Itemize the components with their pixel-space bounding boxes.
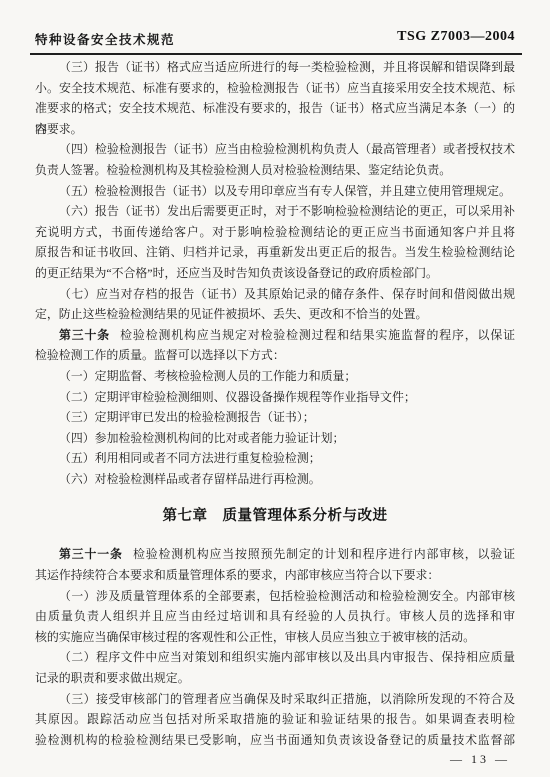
text-line: （一）定期监督、考核检验检测人员的工作能力和质量； bbox=[35, 366, 515, 387]
text-line: （七）应当对存档的报告（证书）及其原始记录的储存条件、保存时间和借阅做出规 bbox=[35, 284, 515, 305]
text-line: （四）检验检测报告（证书）应当由检验检测机构负责人（最高管理者）或者授权技术 bbox=[35, 139, 515, 160]
text-line: （五）检验检测报告（证书）以及专用印章应当有专人保管，并且建立使用管理规定。 bbox=[35, 181, 515, 202]
text-line: 验检测机构的检验检测结果已受影响，应当书面通知负责该设备登记的质量技术监督部 bbox=[35, 730, 515, 751]
text-line: （四）参加检验检测机构间的比对或者能力验证计划； bbox=[35, 428, 515, 449]
text-line: 充说明方式，书面传递给客户。对于影响检验检测结论的更正应当书面通知客户并且将 bbox=[35, 222, 515, 243]
header-spec-title: 特种设备安全技术规范 bbox=[35, 30, 175, 48]
text-line: 核的实施应当确保审核过程的客观性和公正性，审核人员应当独立于被审核的活动。 bbox=[35, 627, 515, 648]
text-line: 第三十条检验检测机构应当规定对检验检测过程和结果实施监督的程序，以保证 bbox=[35, 325, 515, 346]
text-line: 定，防止这些检验检测结果的见证件被损坏、丢失、更改和不恰当的处置。 bbox=[35, 304, 515, 325]
header-rule bbox=[30, 53, 522, 55]
text-line: （一）涉及质量管理体系的全部要素，包括检验检测活动和检验检测安全。内部审核 bbox=[35, 586, 515, 607]
text-line: 第三十一条检验检测机构应当按照预先制定的计划和程序进行内部审核，以验证 bbox=[35, 544, 515, 565]
text-line: （三）报告（证书）格式应当适应所进行的每一类检验检测，并且将误解和错误降到最 bbox=[35, 57, 515, 78]
document-body: （三）报告（证书）格式应当适应所进行的每一类检验检测，并且将误解和错误降到最小。… bbox=[35, 57, 515, 750]
text-line: （二）程序文件中应当对策划和组织实施内部审核以及出具内审报告、保持相应质量 bbox=[35, 647, 515, 668]
text-line: （五）利用相同或者不同方法进行重复检验检测； bbox=[35, 448, 515, 469]
text-line: （三）定期评审已发出的检验检测报告（证书）； bbox=[35, 407, 515, 428]
text-line: 记录的职责和要求做出规定。 bbox=[35, 668, 515, 689]
text-line: 的更正结果为“不合格”时，还应当及时告知负责该设备登记的政府质检部门。 bbox=[35, 263, 515, 284]
text-line: （六）报告（证书）发出后需要更正时，对于不影响检验检测结论的更正，可以采用补 bbox=[35, 201, 515, 222]
text-line: 准要求的格式；安全技术规范、标准没有要求的，报告（证书）格式应当满足本条（一）的… bbox=[35, 98, 515, 119]
article-number: 第三十条 bbox=[59, 328, 110, 342]
text-line: （三）接受审核部门的管理者应当确保及时采取纠正措施，以消除所发现的不符合及 bbox=[35, 689, 515, 710]
text-line: 其原因。跟踪活动应当包括对所采取措施的验证和验证结果的报告。如果调查表明检 bbox=[35, 709, 515, 730]
text-line: 其运作持续符合本要求和质量管理体系的要求，内部审核应当符合以下要求： bbox=[35, 565, 515, 586]
text-line: 原报告和证书收回、注销、归档并记录，再重新发出更正后的报告。当发生检验检测结论 bbox=[35, 242, 515, 263]
text-line: 负责人签署。检验检测机构及其检验检测人员对检验检测结果、鉴定结论负责。 bbox=[35, 160, 515, 181]
text-line: 容要求。 bbox=[35, 119, 515, 140]
chapter-heading: 第七章 质量管理体系分析与改进 bbox=[35, 505, 515, 527]
text-line: 小。安全技术规范、标准有要求的，检验检测报告（证书）应当直接采用安全技术规范、标 bbox=[35, 78, 515, 99]
page-number: — 13 — bbox=[450, 752, 510, 767]
scanned-document-page: 特种设备安全技术规范 TSG Z7003—2004 （三）报告（证书）格式应当适… bbox=[0, 0, 550, 777]
header-document-code: TSG Z7003—2004 bbox=[397, 29, 515, 45]
text-line: （二）定期评审检验检测细则、仪器设备操作规程等作业指导文件； bbox=[35, 387, 515, 408]
text-line: （六）对检验检测样品或者存留样品进行再检测。 bbox=[35, 469, 515, 490]
text-line: 由质量负责人组织并且应当由经过培训和具有经验的人员执行。审核人员的选择和审 bbox=[35, 606, 515, 627]
article-number: 第三十一条 bbox=[59, 547, 123, 561]
text-line: 检验检测工作的质量。监督可以选择以下方式： bbox=[35, 345, 515, 366]
